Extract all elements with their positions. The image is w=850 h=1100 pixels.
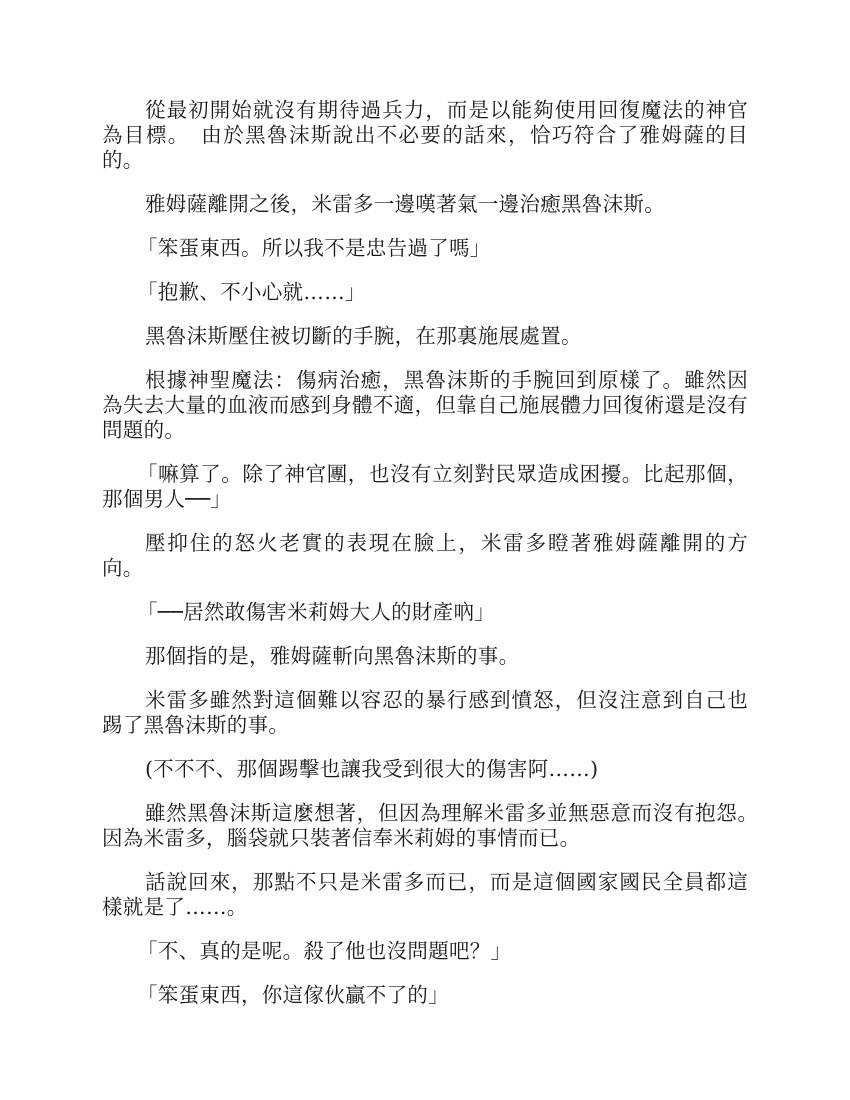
dialogue-line: 「──居然敢傷害米莉姆大人的財產吶」 [102,600,748,625]
dialogue-line: 「不、真的是呢。殺了他也沒問題吧？」 [102,939,748,964]
dialogue-line: 「笨蛋東西，你這傢伙贏不了的」 [102,983,748,1008]
dialogue-line: 「嘛算了。除了神官團，也沒有立刻對民眾造成困擾。比起那個，那個男人──」 [102,462,748,512]
paragraph: 話說回來，那點不只是米雷多而已，而是這個國家國民全員都這樣就是了……。 [102,870,748,920]
thought-line: (不不不、那個踢擊也讓我受到很大的傷害阿……) [102,757,748,782]
paragraph: 那個指的是，雅姆薩斬向黑魯沫斯的事。 [102,644,748,669]
paragraph: 米雷多雖然對這個難以容忍的暴行感到憤怒，但沒注意到自己也踢了黑魯沫斯的事。 [102,688,748,738]
paragraph: 根據神聖魔法：傷病治癒，黑魯沫斯的手腕回到原樣了。雖然因為失去大量的血液而感到身… [102,368,748,443]
paragraph: 壓抑住的怒火老實的表現在臉上，米雷多瞪著雅姆薩離開的方向。 [102,531,748,581]
paragraph: 雖然黑魯沫斯這麼想著，但因為理解米雷多並無惡意而沒有抱怨。 因為米雷多，腦袋就只… [102,801,748,851]
dialogue-line: 「抱歉、不小心就……」 [102,280,748,305]
paragraph: 雅姆薩離開之後，米雷多一邊嘆著氣一邊治癒黑魯沫斯。 [102,192,748,217]
paragraph: 從最初開始就沒有期待過兵力，而是以能夠使用回復魔法的神官為目標。 由於黑魯沫斯說… [102,98,748,173]
dialogue-line: 「笨蛋東西。所以我不是忠告過了嗎」 [102,236,748,261]
paragraph: 黑魯沫斯壓住被切斷的手腕，在那裏施展處置。 [102,324,748,349]
document-page: 從最初開始就沒有期待過兵力，而是以能夠使用回復魔法的神官為目標。 由於黑魯沫斯說… [102,98,748,1027]
